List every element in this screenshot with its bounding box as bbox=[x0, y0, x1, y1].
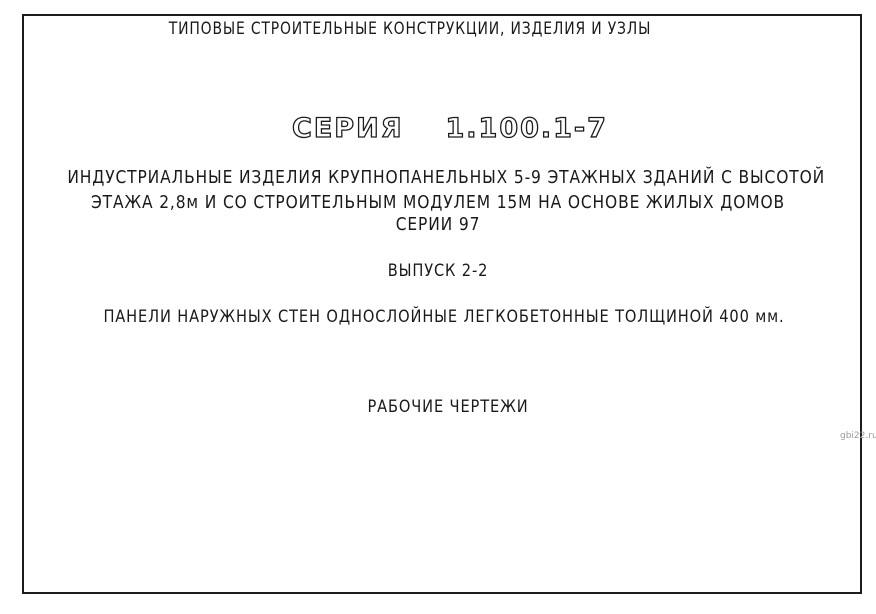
header-title: ТИПОВЫЕ СТРОИТЕЛЬНЫЕ КОНСТРУКЦИИ, ИЗДЕЛИ… bbox=[74, 19, 746, 39]
description-line-2: ЭТАЖА 2,8м И СО СТРОИТЕЛЬНЫМ МОДУЛЕМ 15М… bbox=[61, 192, 814, 213]
subject-line: ПАНЕЛИ НАРУЖНЫХ СТЕН ОДНОСЛОЙНЫЕ ЛЕГКОБЕ… bbox=[67, 307, 820, 327]
series-title: СЕРИЯ1.100.1-7 bbox=[0, 113, 876, 144]
description-line-3: СЕРИИ 97 bbox=[61, 214, 814, 235]
series-number: 1.100.1-7 bbox=[445, 113, 607, 144]
drawing-frame bbox=[22, 14, 862, 594]
document-type: РАБОЧИЕ ЧЕРТЕЖИ bbox=[63, 397, 834, 417]
watermark: gbi22.ru bbox=[840, 431, 876, 441]
description-line-1: ИНДУСТРИАЛЬНЫЕ ИЗДЕЛИЯ КРУПНОПАНЕЛЬНЫХ 5… bbox=[67, 167, 820, 188]
series-label: СЕРИЯ bbox=[292, 113, 403, 144]
issue-number: ВЫПУСК 2-2 bbox=[61, 261, 814, 281]
drawing-sheet: ТИПОВЫЕ СТРОИТЕЛЬНЫЕ КОНСТРУКЦИИ, ИЗДЕЛИ… bbox=[0, 0, 876, 614]
